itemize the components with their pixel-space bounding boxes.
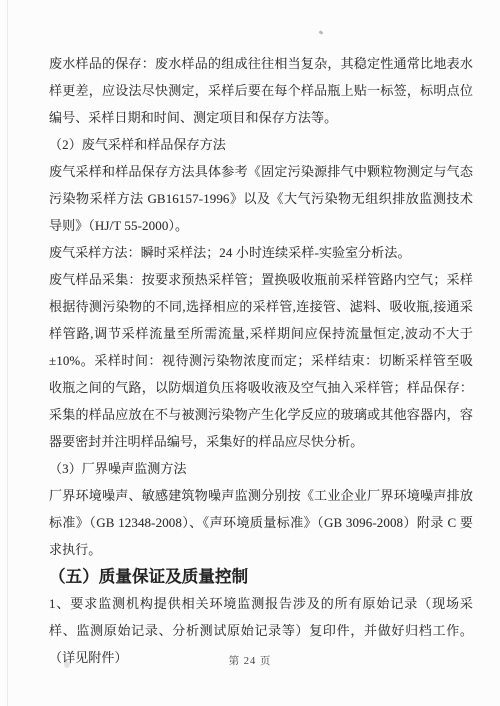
document-body: 废水样品的保存：废水样品的组成往往相当复杂，其稳定性通常比地表水样更差，应设法尽…	[49, 50, 473, 671]
heading-boundary-noise-monitoring: （3）厂界噪声监测方法	[49, 455, 473, 482]
paragraph-wastewater-sample-storage: 废水样品的保存：废水样品的组成往往相当复杂，其稳定性通常比地表水样更差，应设法尽…	[49, 50, 473, 131]
scanned-document-page: 废水样品的保存：废水样品的组成往往相当复杂，其稳定性通常比地表水样更差，应设法尽…	[0, 0, 500, 706]
heading-waste-gas-sampling-method: （2）废气采样和样品保存方法	[49, 131, 473, 158]
page-number: 第 24 页	[0, 653, 500, 668]
scan-artifact	[319, 30, 324, 35]
paragraph-waste-gas-sample-collection: 废气样品采集：按要求预热采样管；置换吸收瓶前采样管路内空气；采样根据待测污染物的…	[49, 266, 473, 455]
scan-page-edge-line	[7, 0, 8, 706]
heading-quality-assurance-control: （五）质量保证及质量控制	[49, 563, 473, 590]
paragraph-waste-gas-reference-standards: 废气采样和样品保存方法具体参考《固定污染源排气中颗粒物测定与气态污染物采样方法 …	[49, 158, 473, 239]
paragraph-noise-monitoring-standards: 厂界环境噪声、敏感建筑物噪声监测分别按《工业企业厂界环境噪声排放标准》（GB 1…	[49, 482, 473, 563]
paragraph-waste-gas-sampling-methods: 废气采样方法：瞬时采样法；24 小时连续采样-实验室分析法。	[49, 239, 473, 266]
